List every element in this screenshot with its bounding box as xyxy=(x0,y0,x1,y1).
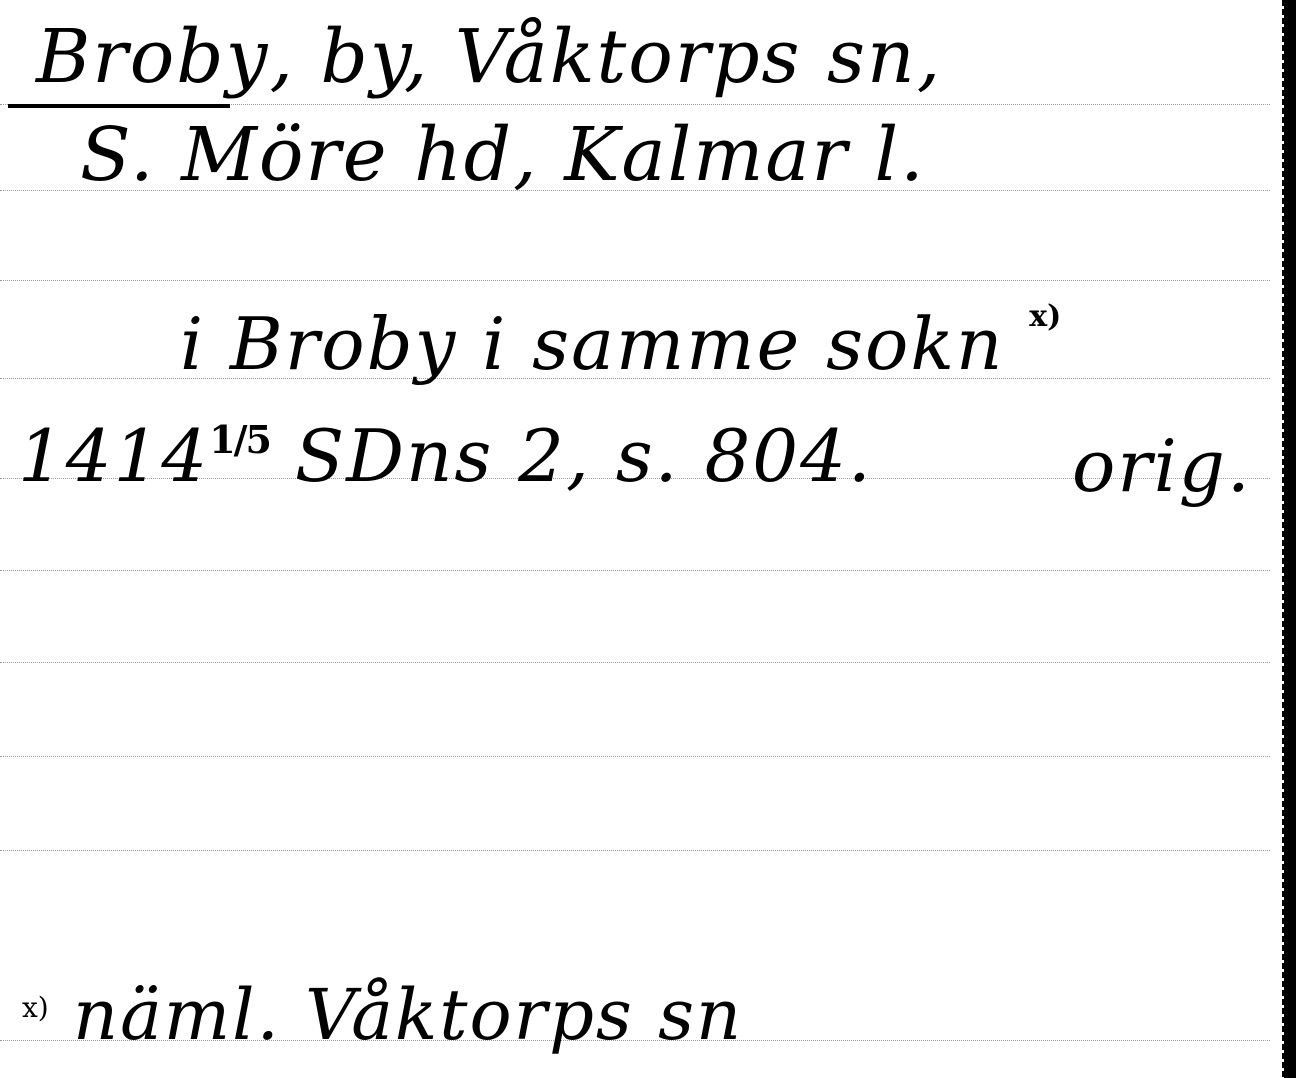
entry-source: SDns 2, s. 804. xyxy=(295,414,873,498)
heading-line-2: S. Möre hd, Kalmar l. xyxy=(80,118,926,192)
entry-quote: i Broby i samme sokn x) xyxy=(180,308,1061,380)
card-right-edge xyxy=(1284,0,1296,1078)
place-name-underline xyxy=(8,104,230,108)
ruled-line xyxy=(0,570,1270,571)
entry-year: 1414 xyxy=(18,414,209,498)
footnote-mark: x) xyxy=(22,991,49,1024)
index-card: Broby, by, Våktorps sn, S. Möre hd, Kalm… xyxy=(0,0,1296,1078)
footnote: x) näml. Våktorps sn xyxy=(22,980,743,1050)
heading-location: , by, Våktorps sn, xyxy=(269,14,942,100)
entry-date-fraction: 1/5 xyxy=(209,417,270,462)
heading-line-1: Broby, by, Våktorps sn, xyxy=(36,20,942,94)
ruled-line xyxy=(0,850,1270,851)
source-type: orig. xyxy=(1072,430,1252,502)
place-name: Broby xyxy=(36,20,269,94)
ruled-line xyxy=(0,280,1270,281)
quote-note-mark: x) xyxy=(1029,299,1061,334)
quote-text: i Broby i samme sokn xyxy=(180,302,1004,386)
ruled-line xyxy=(0,662,1270,663)
footnote-text: näml. Våktorps sn xyxy=(73,974,743,1056)
entry-source-line: 14141/5 SDns 2, s. 804. xyxy=(18,420,873,492)
ruled-line xyxy=(0,756,1270,757)
